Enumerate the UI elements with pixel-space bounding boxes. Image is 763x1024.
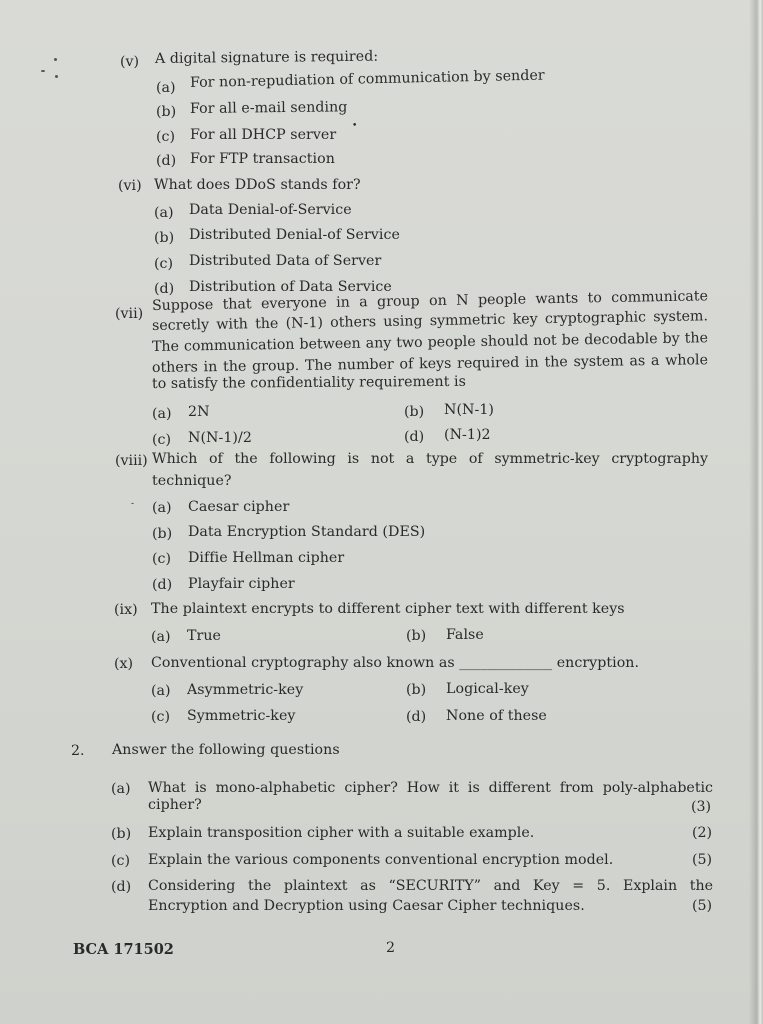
option-label: (d) (406, 709, 426, 725)
item-text-line: What is mono-alphabetic cipher? How it i… (148, 780, 713, 796)
item-text-line: cipher? (148, 797, 202, 813)
option-text: N(N-1)/2 (188, 430, 252, 446)
option-label: (b) (404, 404, 424, 420)
question-text-line: to satisfy the confidentiality requireme… (152, 374, 466, 392)
option-label: (a) (151, 683, 171, 699)
option-text: N(N-1) (444, 402, 494, 418)
option-text: Playfair cipher (188, 576, 295, 592)
option-text: Symmetric-key (187, 708, 295, 724)
item-text-line: Considering the plaintext as “SECURITY” … (148, 878, 713, 894)
option-text: Diffie Hellman cipher (188, 550, 344, 566)
item-label: (a) (111, 781, 131, 797)
option-label: (a) (154, 205, 174, 221)
margin-dot (54, 58, 57, 61)
option-text: Caesar cipher (188, 499, 289, 515)
question-number: (v) (120, 54, 139, 70)
option-text: For all e-mail sending (190, 99, 348, 117)
item-text-line: Explain the various components conventio… (148, 852, 613, 868)
page-edge-shadow (749, 0, 763, 1024)
question-number: (vi) (118, 178, 142, 194)
option-text: Distributed Denial-of Service (189, 227, 400, 243)
question-text: A digital signature is required: (155, 49, 378, 67)
question-text: Conventional cryptography also known as … (151, 655, 639, 671)
option-text: For non-repudiation of communication by … (190, 68, 545, 91)
question-text-line: technique? (152, 473, 232, 489)
item-marks: (3) (691, 799, 711, 815)
course-code: BCA 171502 (73, 941, 174, 958)
option-label: (d) (404, 429, 424, 445)
item-marks: (2) (692, 825, 712, 841)
option-text: Data Denial-of-Service (189, 202, 352, 218)
item-label: (c) (111, 853, 130, 869)
item-marks: (5) (692, 898, 712, 914)
question-text-line: others in the group. The number of keys … (152, 352, 708, 376)
question-number: (viii) (115, 453, 148, 469)
item-label: (b) (111, 826, 131, 842)
margin-dot (55, 75, 58, 78)
stray-mark: • (352, 121, 357, 131)
option-text: Data Encryption Standard (DES) (188, 524, 425, 540)
option-label: (c) (152, 432, 171, 448)
option-label: (a) (151, 629, 171, 645)
section-title: Answer the following questions (112, 742, 340, 758)
item-text-line: Encryption and Decryption using Caesar C… (148, 898, 585, 914)
option-label: (d) (152, 577, 172, 593)
question-text-line: The communication between any two people… (152, 330, 708, 355)
option-text: Distributed Data of Server (189, 253, 381, 269)
option-text: Distribution of Data Service (189, 279, 392, 295)
question-number: (ix) (114, 602, 138, 618)
option-text: None of these (446, 708, 547, 724)
option-label: (a) (156, 80, 176, 96)
stray-mark: - (131, 499, 134, 509)
option-text: For FTP transaction (190, 151, 335, 167)
item-marks: (5) (692, 852, 712, 868)
option-label: (b) (154, 230, 174, 246)
option-label: (d) (156, 153, 176, 169)
option-label: (b) (406, 628, 426, 644)
option-label: (a) (152, 500, 172, 516)
question-text: The plaintext encrypts to different ciph… (151, 601, 625, 617)
option-label: (b) (152, 526, 172, 542)
option-label: (c) (154, 256, 173, 272)
item-text-line: Explain transposition cipher with a suit… (148, 825, 534, 841)
question-text-line: Which of the following is not a type of … (152, 451, 708, 467)
question-number: (x) (114, 656, 133, 672)
page-number: 2 (386, 940, 395, 956)
option-text: (N-1)2 (444, 427, 491, 443)
option-label: (a) (152, 406, 172, 422)
option-label: (c) (151, 709, 170, 725)
question-number: (vii) (115, 306, 143, 322)
option-label: (b) (156, 104, 176, 120)
option-text: Asymmetric-key (187, 682, 303, 698)
option-text: False (446, 627, 484, 643)
item-label: (d) (111, 879, 131, 895)
question-text: What does DDoS stands for? (154, 177, 361, 193)
section-number: 2. (71, 743, 85, 759)
option-text: 2N (188, 404, 210, 420)
option-text: For all DHCP server (190, 127, 336, 143)
option-label: (c) (152, 551, 171, 567)
option-label: (b) (406, 682, 426, 698)
exam-page: (v) A digital signature is required: (a)… (0, 0, 763, 1024)
option-label: (c) (156, 129, 175, 145)
option-text: Logical-key (446, 681, 529, 697)
margin-dot (41, 70, 45, 72)
option-text: True (187, 628, 221, 644)
option-label: (d) (154, 281, 174, 297)
